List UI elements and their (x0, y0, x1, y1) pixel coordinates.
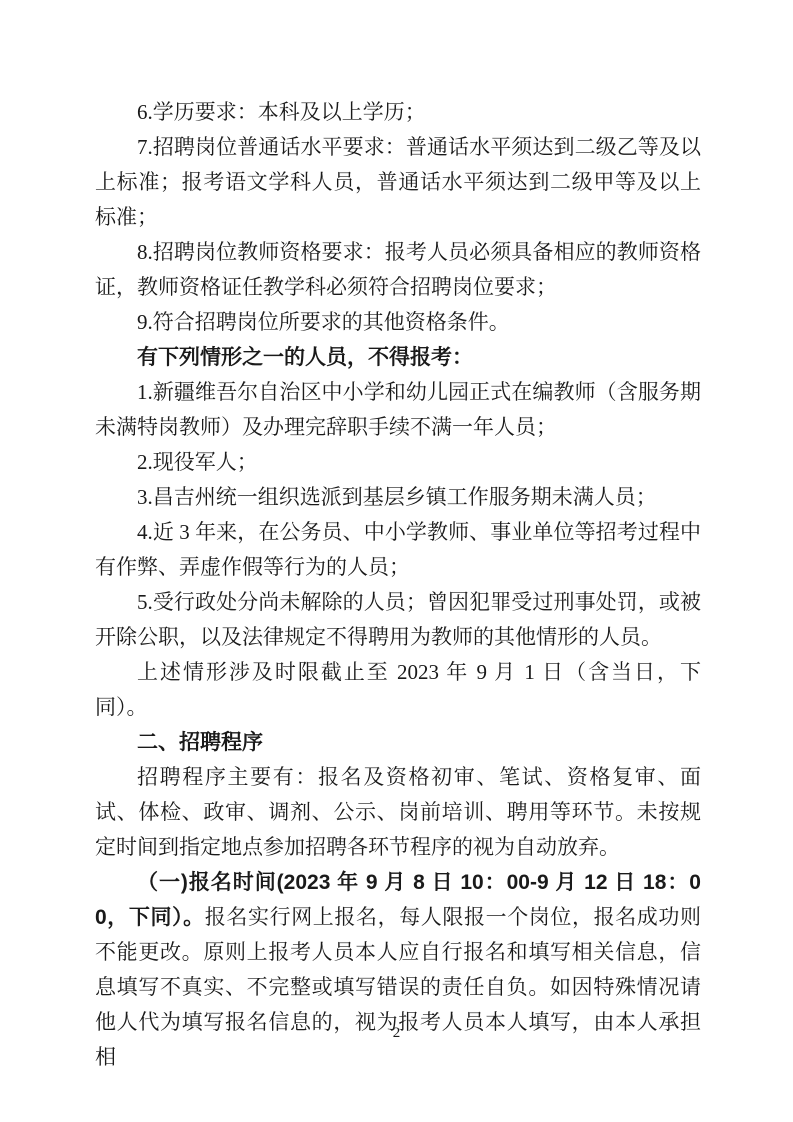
paragraph-registration-time: （一)报名时间(2023 年 9 月 8 日 10：00-9 月 12 日 18… (95, 865, 701, 1075)
paragraph-restriction-2: 2.现役军人； (95, 445, 701, 480)
page-number: 2 (0, 1024, 793, 1042)
document-body: 6.学历要求：本科及以上学历； 7.招聘岗位普通话水平要求：普通话水平须达到二级… (95, 95, 701, 1075)
paragraph-restriction-5: 5.受行政处分尚未解除的人员；曾因犯罪受过刑事处罚，或被开除公职，以及法律规定不… (95, 585, 701, 655)
paragraph-restriction-3: 3.昌吉州统一组织选派到基层乡镇工作服务期未满人员； (95, 480, 701, 515)
document-page: 6.学历要求：本科及以上学历； 7.招聘岗位普通话水平要求：普通话水平须达到二级… (0, 0, 793, 1122)
paragraph-requirement-7: 7.招聘岗位普通话水平要求：普通话水平须达到二级乙等及以上标准；报考语文学科人员… (95, 130, 701, 235)
paragraph-requirement-9: 9.符合招聘岗位所要求的其他资格条件。 (95, 305, 701, 340)
paragraph-restriction-1: 1.新疆维吾尔自治区中小学和幼儿园正式在编教师（含服务期未满特岗教师）及办理完辞… (95, 375, 701, 445)
paragraph-deadline-note: 上述情形涉及时限截止至 2023 年 9 月 1 日（含当日，下同）。 (95, 655, 701, 725)
section-2-heading: 二、招聘程序 (95, 725, 701, 760)
registration-time-body: 报名实行网上报名，每人限报一个岗位，报名成功则不能更改。原则上报考人员本人应自行… (95, 905, 701, 1069)
paragraph-requirement-8: 8.招聘岗位教师资格要求：报考人员必须具备相应的教师资格证，教师资格证任教学科必… (95, 235, 701, 305)
paragraph-procedure-overview: 招聘程序主要有：报名及资格初审、笔试、资格复审、面试、体检、政审、调剂、公示、岗… (95, 760, 701, 865)
not-allowed-heading: 有下列情形之一的人员，不得报考： (95, 340, 701, 375)
paragraph-restriction-4: 4.近 3 年来，在公务员、中小学教师、事业单位等招考过程中有作弊、弄虚作假等行… (95, 515, 701, 585)
paragraph-requirement-6: 6.学历要求：本科及以上学历； (95, 95, 701, 130)
